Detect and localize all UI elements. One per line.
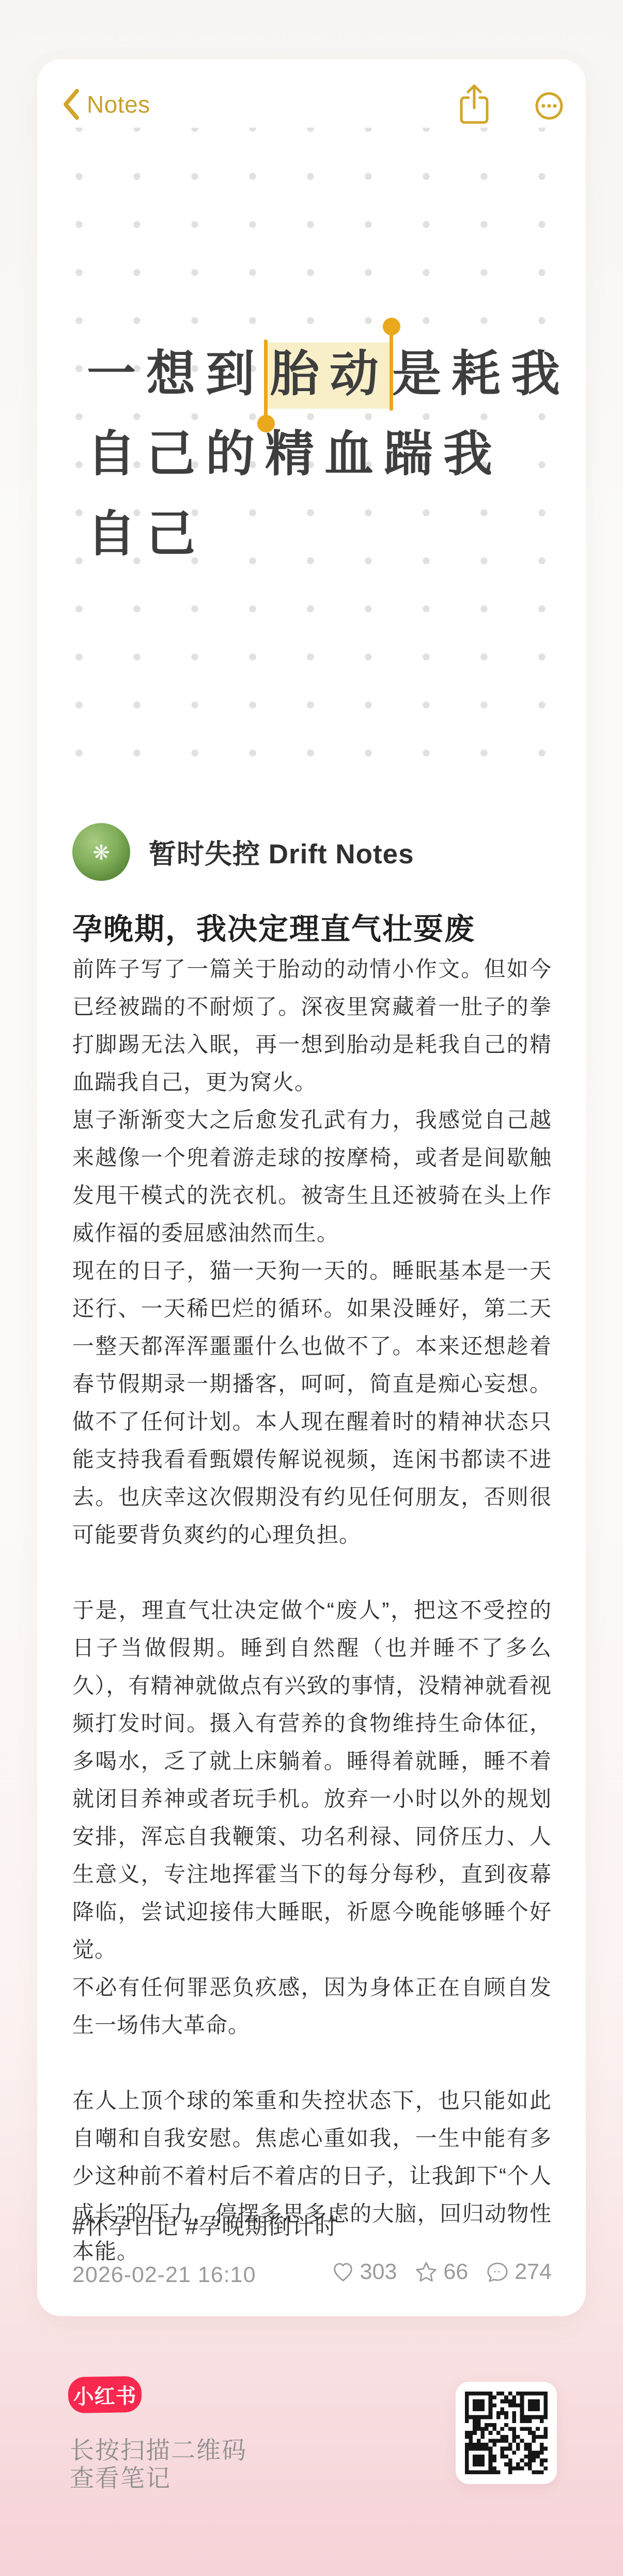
author-row[interactable]: ❋ 暂时失控 Drift Notes bbox=[72, 823, 414, 881]
cover-quote: 一想到胎动是耗我 自己的精血踹我 自己 bbox=[87, 334, 570, 575]
comment-stat[interactable]: 274 bbox=[486, 2259, 552, 2285]
stats-row: 303 66 274 bbox=[331, 2259, 552, 2285]
back-button[interactable]: Notes bbox=[62, 88, 150, 120]
selection-handle-right[interactable] bbox=[390, 333, 393, 411]
back-label: Notes bbox=[87, 90, 150, 118]
more-options-icon[interactable] bbox=[535, 91, 564, 120]
note-title: 孕晚期，我决定理直气壮耍废 bbox=[72, 905, 551, 948]
paragraph: 前阵子写了一篇关于胎动的动情小作文。但如今已经被踹的不耐烦了。深夜里窝藏着一肚子… bbox=[72, 950, 552, 1101]
cover-quote-line1: 一想到胎动是耗我 bbox=[87, 334, 570, 414]
dandelion-seed-icon: ❋ bbox=[92, 843, 110, 863]
cover-quote-line2: 自己的精血踹我 bbox=[87, 414, 570, 494]
paragraph: 崽子渐渐变大之后愈发孔武有力，我感觉自己越来越像一个兜着游走球的按摩椅，或者是间… bbox=[72, 1101, 552, 1252]
heart-icon bbox=[331, 2260, 355, 2284]
collect-stat[interactable]: 66 bbox=[414, 2259, 468, 2285]
author-name: 暂时失控 Drift Notes bbox=[149, 832, 414, 872]
star-icon bbox=[414, 2260, 438, 2284]
avatar[interactable]: ❋ bbox=[72, 823, 130, 881]
collect-count: 66 bbox=[443, 2259, 468, 2285]
share-icon[interactable] bbox=[457, 83, 491, 127]
hashtags[interactable]: #怀孕日记 #孕晚期倒计时 bbox=[72, 2208, 338, 2241]
note-card: Notes 一想到胎动是耗我 自己的精血踹我 自己 ❋ 暂时失控 Drift N… bbox=[37, 59, 586, 2316]
xiaohongshu-logo: 小红书 bbox=[68, 2376, 142, 2413]
paragraph: 在人上顶个球的笨重和失控状态下，也只能如此自嘲和自我安慰。焦虑心重如我，一生中能… bbox=[72, 2082, 552, 2270]
comment-count: 274 bbox=[515, 2259, 552, 2285]
paragraph: 于是，理直气壮决定做个“废人”，把这不受控的日子当做假期。睡到自然醒（也并睡不了… bbox=[72, 1591, 552, 1968]
paragraph: 现在的日子，猫一天狗一天的。睡眠基本是一天还行、一天稀巴烂的循环。如果没睡好，第… bbox=[72, 1252, 552, 1554]
highlighted-word: 胎动 bbox=[265, 343, 392, 409]
promo-instruction-line2: 查看笔记 bbox=[70, 2459, 171, 2494]
selection-handle-left[interactable] bbox=[264, 339, 268, 417]
chevron-left-icon bbox=[62, 88, 80, 120]
qr-code[interactable] bbox=[456, 2382, 557, 2484]
like-stat[interactable]: 303 bbox=[331, 2259, 397, 2285]
like-count: 303 bbox=[360, 2259, 397, 2285]
publish-date: 2026-02-21 16:10 bbox=[72, 2262, 256, 2288]
meta-row: 2026-02-21 16:10 303 66 274 bbox=[72, 2259, 552, 2290]
paragraph: 不必有任何罪恶负疚感，因为身体正在自顾自发生一场伟大革命。 bbox=[72, 1968, 552, 2044]
comment-bubble-icon bbox=[486, 2260, 509, 2284]
cover-quote-line3: 自己 bbox=[87, 494, 570, 575]
note-body: 前阵子写了一篇关于胎动的动情小作文。但如今已经被踹的不耐烦了。深夜里窝藏着一肚子… bbox=[72, 950, 552, 2270]
note-cover-image[interactable]: 一想到胎动是耗我 自己的精血踹我 自己 bbox=[37, 128, 586, 791]
